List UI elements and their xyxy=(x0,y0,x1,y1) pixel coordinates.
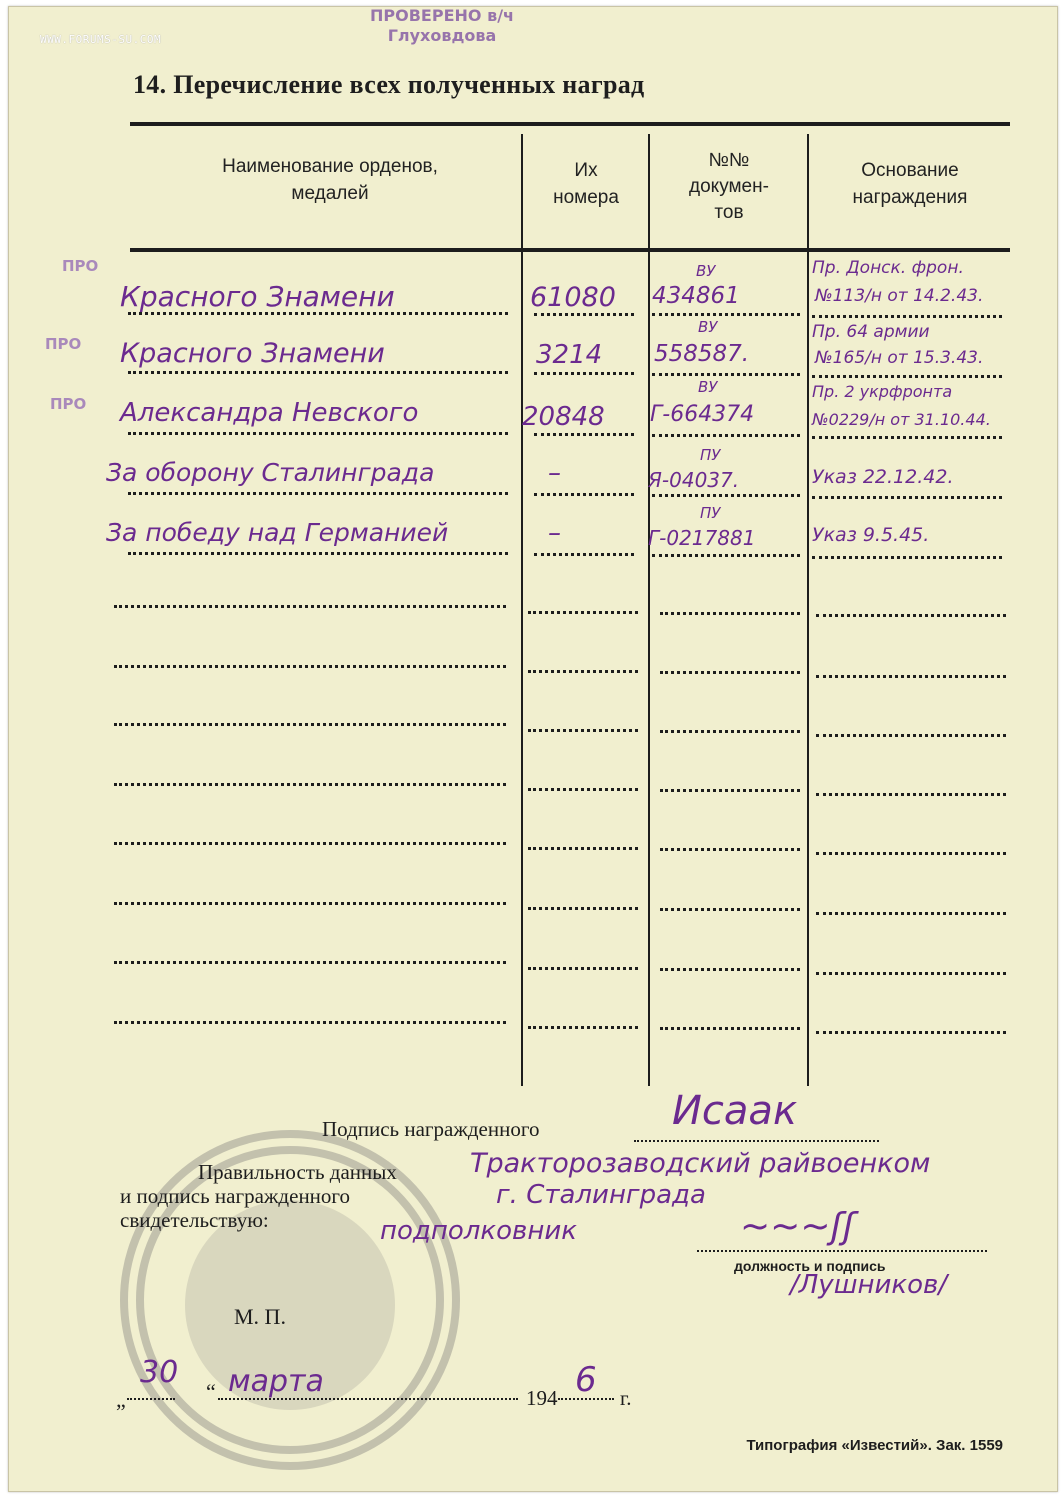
date-day: 30 xyxy=(140,1355,178,1390)
open-quote: „ xyxy=(116,1388,126,1412)
row-line xyxy=(534,433,634,436)
certify-label-line-1: Правильность данных xyxy=(198,1160,397,1184)
row-line xyxy=(528,670,638,673)
officer-signature-line xyxy=(697,1250,987,1252)
document-series: ВУ xyxy=(698,378,717,396)
award-basis-line-1: Пр. 64 армии xyxy=(812,322,930,342)
row-line xyxy=(528,729,638,732)
row-line xyxy=(528,788,638,791)
document-number: Я-04037. xyxy=(648,468,739,492)
row-line xyxy=(660,789,800,792)
row-line xyxy=(660,671,800,674)
row-line xyxy=(812,496,1002,499)
row-line xyxy=(816,614,1006,617)
row-line xyxy=(652,494,800,497)
row-line xyxy=(652,554,800,557)
section-number: 14. xyxy=(133,70,166,99)
header-award-name: Наименование орденов, медалей xyxy=(160,153,500,207)
row-line xyxy=(114,723,506,726)
row-line xyxy=(652,313,800,316)
award-number: 20848 xyxy=(522,402,605,432)
seal-placeholder-label: М. П. xyxy=(234,1305,286,1329)
award-basis-line-2: №165/н от 15.3.43. xyxy=(815,348,983,368)
row-line xyxy=(816,972,1006,975)
row-line xyxy=(528,611,638,614)
row-line xyxy=(652,373,800,376)
row-line xyxy=(812,436,1002,439)
award-number: 61080 xyxy=(530,282,616,313)
row-line xyxy=(660,1027,800,1030)
date-month: марта xyxy=(228,1364,324,1399)
year-label: г. xyxy=(620,1386,632,1410)
row-line xyxy=(660,908,800,911)
military-office-line-1: Тракторозаводский райвоенком xyxy=(470,1148,930,1179)
award-name: Александра Невского xyxy=(120,398,418,428)
military-office-line-2: г. Сталинграда xyxy=(496,1180,706,1210)
table-top-rule xyxy=(130,122,1010,126)
row-line xyxy=(660,612,800,615)
awardee-signature-label: Подпись награжденного xyxy=(322,1117,539,1141)
header-award-number: Их номера xyxy=(524,157,648,211)
row-line xyxy=(534,493,634,496)
document-number: Г-664374 xyxy=(650,402,754,427)
column-divider-3 xyxy=(807,134,809,1086)
section-title: 14. Перечисление всех полученных наград xyxy=(133,70,644,100)
awardee-signature: Исаак xyxy=(672,1088,797,1134)
row-line xyxy=(816,793,1006,796)
section-title-text: Перечисление всех полученных наград xyxy=(173,70,644,99)
certify-label-line-3: свидетельствую: xyxy=(120,1208,269,1232)
row-line xyxy=(528,967,638,970)
row-line xyxy=(816,912,1006,915)
row-line xyxy=(114,902,506,905)
watermark: WWW.FORUMS-SU.COM xyxy=(40,33,161,46)
award-basis-line-2: №0229/н от 31.10.44. xyxy=(812,410,991,429)
row-line xyxy=(534,313,634,316)
printer-imprint: Типография «Известий». Зак. 1559 xyxy=(746,1437,1003,1454)
award-name: Красного Знамени xyxy=(120,280,395,313)
table-header-rule xyxy=(130,248,1010,252)
row-line xyxy=(534,372,634,375)
side-stamp: ПРО xyxy=(62,257,98,275)
column-divider-1 xyxy=(521,134,523,1086)
row-line xyxy=(528,907,638,910)
award-basis-line-2: №113/н от 14.2.43. xyxy=(815,286,983,306)
row-line xyxy=(660,848,800,851)
row-line xyxy=(128,552,508,555)
officer-rank: подполковник xyxy=(380,1216,577,1246)
row-line xyxy=(816,852,1006,855)
row-line xyxy=(114,1021,506,1024)
document-number: 558587. xyxy=(654,341,749,367)
row-line xyxy=(816,1031,1006,1034)
year-suffix: 6 xyxy=(575,1360,597,1400)
row-line xyxy=(660,730,800,733)
document-number: Г-0217881 xyxy=(648,526,755,550)
row-line xyxy=(128,371,508,374)
header-award-basis: Основание награждения xyxy=(810,157,1010,211)
award-number: 3214 xyxy=(536,340,602,370)
row-line xyxy=(114,783,506,786)
row-line xyxy=(128,312,508,315)
row-line xyxy=(816,734,1006,737)
row-line xyxy=(652,434,800,437)
document-series: ПУ xyxy=(700,504,720,522)
row-line xyxy=(114,842,506,845)
column-divider-2 xyxy=(648,134,650,1086)
row-line xyxy=(816,675,1006,678)
side-stamp: ПРО xyxy=(50,395,86,413)
row-line xyxy=(114,605,506,608)
row-line xyxy=(812,315,1002,318)
award-basis-line-1: Пр. 2 укрфронта xyxy=(812,382,952,401)
row-line xyxy=(528,847,638,850)
row-line xyxy=(128,432,508,435)
row-line xyxy=(528,1026,638,1029)
row-line xyxy=(812,375,1002,378)
award-name: За победу над Германией xyxy=(106,518,448,547)
officer-signature: ~~~ʃʃ xyxy=(740,1206,855,1247)
row-line xyxy=(660,968,800,971)
row-line xyxy=(534,553,634,556)
officer-name: /Лушников/ xyxy=(790,1270,947,1300)
verified-stamp-line-1: ПРОВЕРЕНО в/ч xyxy=(370,6,514,26)
award-number: – xyxy=(548,518,561,548)
award-basis-line-1: Пр. Донск. фрон. xyxy=(812,258,964,278)
row-line xyxy=(812,556,1002,559)
document-series: ВУ xyxy=(696,262,715,280)
verified-stamp: ПРОВЕРЕНО в/ч Глуховдова xyxy=(370,6,514,46)
row-line xyxy=(114,665,506,668)
row-line xyxy=(114,961,506,964)
award-basis-line-2: Указ 22.12.42. xyxy=(812,466,954,488)
awardee-signature-line xyxy=(634,1140,879,1142)
year-prefix: 194 xyxy=(526,1386,558,1410)
document-series: ВУ xyxy=(698,318,717,336)
verified-stamp-line-2: Глуховдова xyxy=(370,26,514,46)
header-document-number: №№ докумен- тов xyxy=(651,148,807,226)
close-quote: “ xyxy=(206,1380,216,1404)
document-series: ПУ xyxy=(700,446,720,464)
row-line xyxy=(128,492,508,495)
document-number: 434861 xyxy=(652,283,740,309)
award-name: За оборону Сталинграда xyxy=(106,458,434,487)
award-name: Красного Знамени xyxy=(120,338,385,369)
day-line xyxy=(127,1398,175,1400)
award-number: – xyxy=(548,458,561,488)
side-stamp: ПРО xyxy=(45,335,81,353)
certify-label-line-2: и подпись награжденного xyxy=(120,1184,350,1208)
award-basis-line-2: Указ 9.5.45. xyxy=(812,524,929,546)
